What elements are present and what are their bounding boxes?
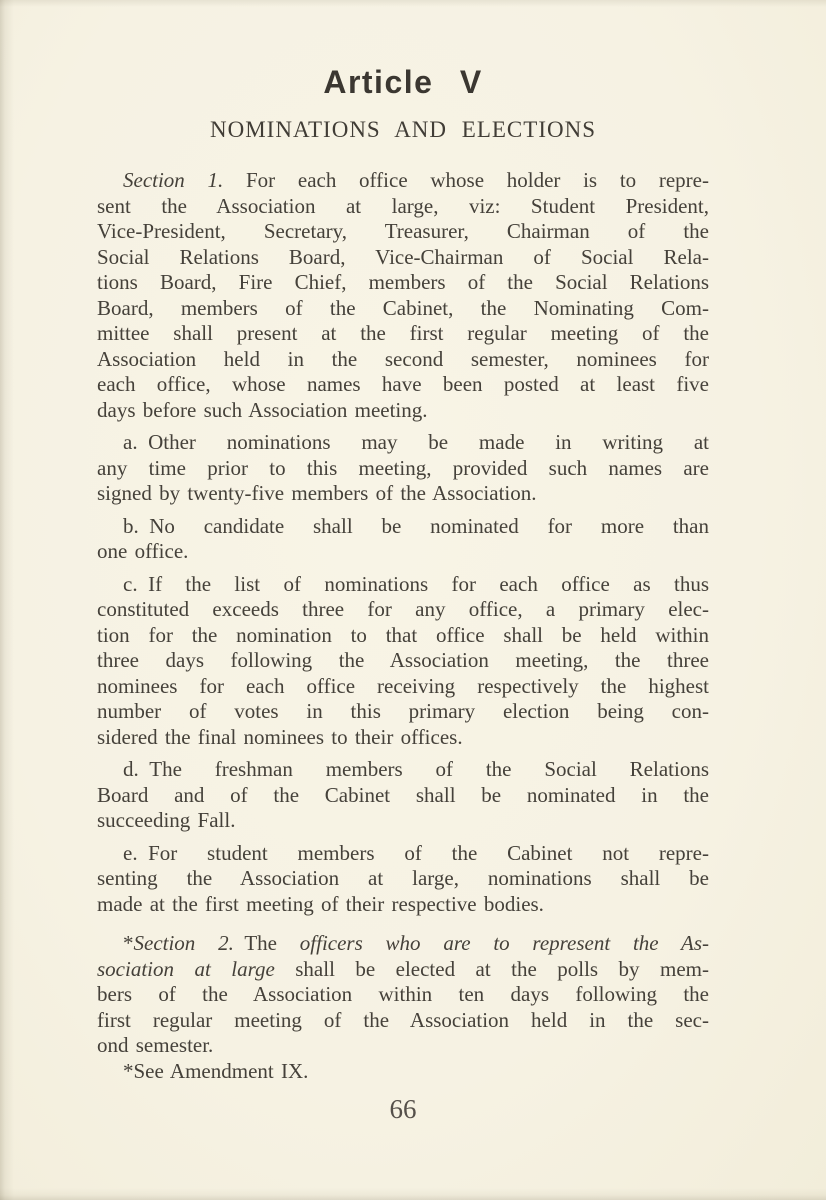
paragraph: *Section 2. The officers who are to repr… — [97, 931, 709, 1059]
text-line: b. No candidate shall be nominated for m… — [97, 514, 709, 540]
paragraph: Section 1. For each office whose holder … — [97, 168, 709, 423]
body-text-segment: The — [234, 931, 300, 955]
body-text-segment: ond semester. — [97, 1033, 213, 1057]
text-line: Section 1. For each office whose holder … — [97, 168, 709, 194]
italic-text: officers who are to represent the As- — [300, 931, 709, 955]
section-heading: NOMINATIONS AND ELECTIONS — [97, 116, 709, 144]
text-line: sociation at large shall be elected at t… — [97, 957, 709, 983]
text-line: constituted exceeds three for any office… — [97, 597, 709, 623]
italic-text: sociation at large — [97, 957, 275, 981]
body-text-segment: shall be elected at the polls by mem- — [275, 957, 709, 981]
paragraph: e. For student members of the Cabinet no… — [97, 841, 709, 918]
body-text-segment: Board, members of the Cabinet, the Nomin… — [97, 296, 709, 320]
italic-text: Section 2. — [134, 931, 234, 955]
body-text-segment: days before such Association meeting. — [97, 398, 428, 422]
text-line: any time prior to this meeting, provided… — [97, 456, 709, 482]
body-text-segment: mittee shall present at the first regula… — [97, 321, 709, 345]
text-line: senting the Association at large, nomina… — [97, 866, 709, 892]
body-text-segment: tion for the nomination to that office s… — [97, 623, 709, 647]
body-text-segment: each office, whose names have been poste… — [97, 372, 709, 396]
text-line: three days following the Association mee… — [97, 648, 709, 674]
body-text-segment: Vice-President, Secretary, Treasurer, Ch… — [97, 219, 709, 243]
text-line: first regular meeting of the Association… — [97, 1008, 709, 1034]
body-text-segment: e. For student members of the Cabinet no… — [123, 841, 709, 865]
body-text-segment: c. If the list of nominations for each o… — [123, 572, 709, 596]
body-text-segment: any time prior to this meeting, provided… — [97, 456, 709, 480]
text-line: days before such Association meeting. — [97, 398, 709, 424]
body-text-segment: tions Board, Fire Chief, members of the … — [97, 270, 709, 294]
text-line: nominees for each office receiving respe… — [97, 674, 709, 700]
body-text-segment: three days following the Association mee… — [97, 648, 709, 672]
text-line: bers of the Association within ten days … — [97, 982, 709, 1008]
text-line: one office. — [97, 539, 709, 565]
body-text-segment: sidered the final nominees to their offi… — [97, 725, 463, 749]
body-text-segment: signed by twenty-five members of the Ass… — [97, 481, 537, 505]
body-text-segment: For each office whose holder is to repre… — [223, 168, 709, 192]
text-line: d. The freshman members of the Social Re… — [97, 757, 709, 783]
text-line: number of votes in this primary election… — [97, 699, 709, 725]
text-line: Board, members of the Cabinet, the Nomin… — [97, 296, 709, 322]
text-line: signed by twenty-five members of the Ass… — [97, 481, 709, 507]
text-line: made at the first meeting of their respe… — [97, 892, 709, 918]
paragraph: d. The freshman members of the Social Re… — [97, 757, 709, 834]
body-text-segment: senting the Association at large, nomina… — [97, 866, 709, 890]
text-line: sent the Association at large, viz: Stud… — [97, 194, 709, 220]
text-line: a. Other nominations may be made in writ… — [97, 430, 709, 456]
body-text-segment: d. The freshman members of the Social Re… — [123, 757, 709, 781]
text-line: ond semester. — [97, 1033, 709, 1059]
footnote: *See Amendment IX. — [97, 1059, 709, 1085]
text-line: succeeding Fall. — [97, 808, 709, 834]
text-line: *Section 2. The officers who are to repr… — [97, 931, 709, 957]
body-text-segment: b. No candidate shall be nominated for m… — [123, 514, 709, 538]
paragraph: a. Other nominations may be made in writ… — [97, 430, 709, 507]
body-text-segment: constituted exceeds three for any office… — [97, 597, 709, 621]
body-text-segment: number of votes in this primary election… — [97, 699, 709, 723]
article-title: Article V — [97, 62, 709, 102]
body-text-segment: bers of the Association within ten days … — [97, 982, 709, 1006]
paragraph: c. If the list of nominations for each o… — [97, 572, 709, 751]
body-text-segment: succeeding Fall. — [97, 808, 235, 832]
text-line: Association held in the second semester,… — [97, 347, 709, 373]
italic-text: Section 1. — [123, 168, 223, 192]
body-text-segment: Board and of the Cabinet shall be nomina… — [97, 783, 709, 807]
text-line: Social Relations Board, Vice-Chairman of… — [97, 245, 709, 271]
body-text-segment: * — [123, 931, 134, 955]
page-content: Article V NOMINATIONS AND ELECTIONS Sect… — [97, 0, 709, 1125]
body-text-segment: made at the first meeting of their respe… — [97, 892, 544, 916]
body-text-segment: nominees for each office receiving respe… — [97, 674, 709, 698]
text-line: sidered the final nominees to their offi… — [97, 725, 709, 751]
scanned-book-page: Article V NOMINATIONS AND ELECTIONS Sect… — [0, 0, 826, 1200]
paragraph: b. No candidate shall be nominated for m… — [97, 514, 709, 565]
body-text-segment: Association held in the second semester,… — [97, 347, 709, 371]
body-text-segment: one office. — [97, 539, 188, 563]
body-text-segment: sent the Association at large, viz: Stud… — [97, 194, 709, 218]
body-text: Section 1. For each office whose holder … — [97, 168, 709, 1059]
body-text-segment: a. Other nominations may be made in writ… — [123, 430, 709, 454]
body-text-segment: Social Relations Board, Vice-Chairman of… — [97, 245, 709, 269]
page-number: 66 — [97, 1094, 709, 1125]
text-line: tion for the nomination to that office s… — [97, 623, 709, 649]
body-text-segment: first regular meeting of the Association… — [97, 1008, 709, 1032]
text-line: tions Board, Fire Chief, members of the … — [97, 270, 709, 296]
text-line: c. If the list of nominations for each o… — [97, 572, 709, 598]
text-line: each office, whose names have been poste… — [97, 372, 709, 398]
text-line: Board and of the Cabinet shall be nomina… — [97, 783, 709, 809]
text-line: mittee shall present at the first regula… — [97, 321, 709, 347]
text-line: e. For student members of the Cabinet no… — [97, 841, 709, 867]
text-line: Vice-President, Secretary, Treasurer, Ch… — [97, 219, 709, 245]
